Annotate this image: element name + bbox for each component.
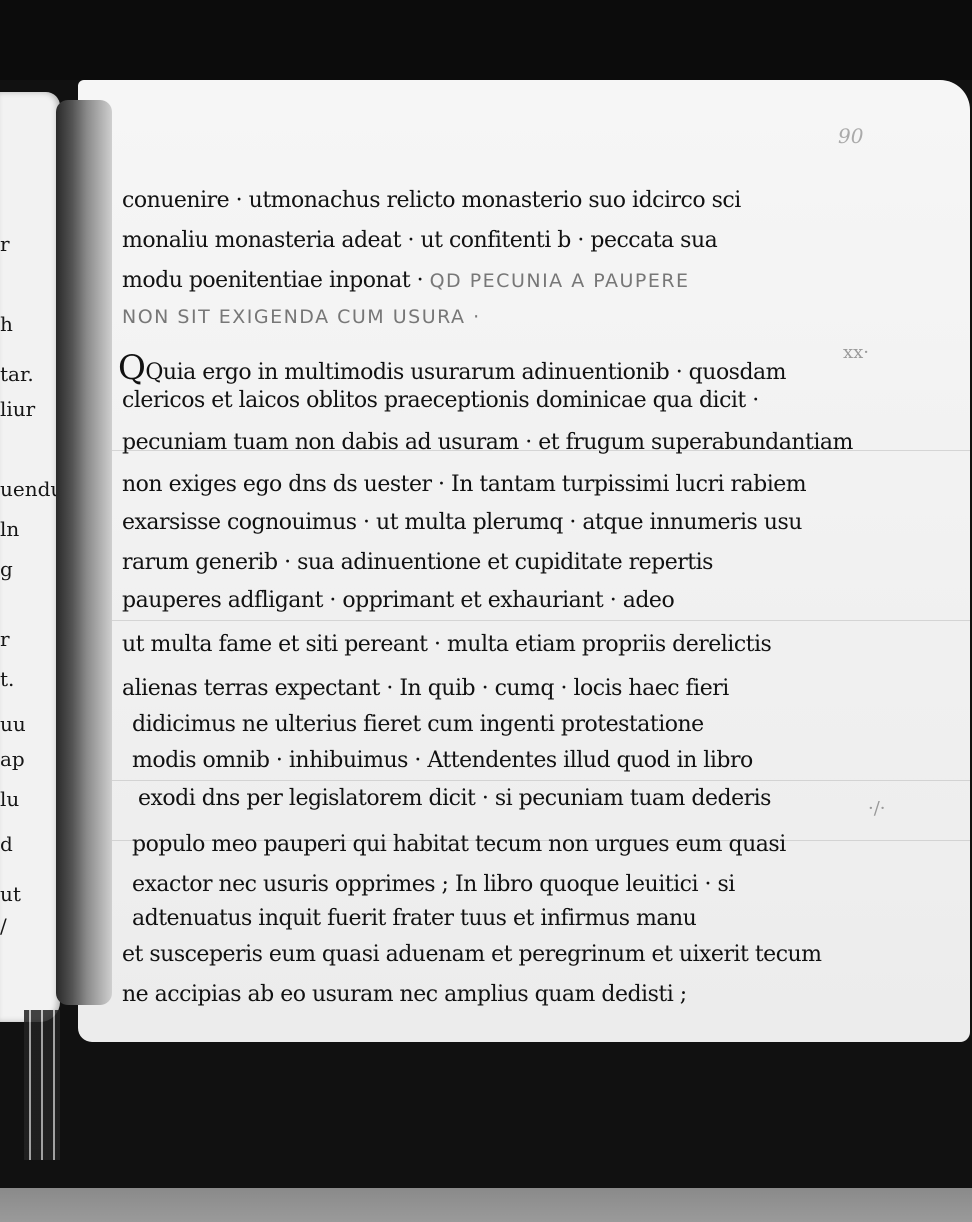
left-page-text: uu — [0, 712, 26, 736]
text-line: clericos et laicos oblitos praeceptionis… — [122, 388, 759, 413]
left-page-text: tar. — [0, 362, 34, 386]
left-page-text: / — [0, 914, 7, 938]
text-line: modis omnib · inhibuimus · Attendentes i… — [132, 748, 753, 773]
text-line: exarsisse cognouimus · ut multa plerumq … — [122, 510, 802, 535]
left-page-text: h — [0, 312, 13, 336]
text-line: exactor nec usuris opprimes ; In libro q… — [132, 872, 735, 897]
rubric-heading: QD PECUNIA A PAUPERE — [430, 270, 690, 292]
left-page-text: r — [0, 232, 10, 256]
text-line-content: Quia ergo in multimodis usurarum adinuen… — [145, 360, 786, 385]
text-line: monaliu monasteria adeat · ut confitenti… — [122, 228, 717, 253]
text-line: modu poenitentiae inponat · QD PECUNIA A… — [122, 268, 690, 293]
text-line: alienas terras expectant · In quib · cum… — [122, 676, 729, 701]
text-line: adtenuatus inquit fuerit frater tuus et … — [132, 906, 696, 931]
left-page-text: lu — [0, 787, 19, 811]
text-line: rarum generib · sua adinuentione et cupi… — [122, 550, 713, 575]
left-page-fragment: r h tar. liur uendu ln g r t. uu ap lu d… — [0, 92, 60, 1022]
bookmark-ribbon — [24, 1010, 60, 1160]
left-page-text: liur — [0, 397, 35, 421]
rubric-heading-continued: NON SIT EXIGENDA CUM USURA · — [122, 306, 481, 328]
left-page-text: uendu — [0, 477, 63, 501]
text-line: non exiges ego dns ds uester · In tantam… — [122, 472, 806, 497]
scan-bottom-strip — [0, 1188, 972, 1222]
text-line: ne accipias ab eo usuram nec amplius qua… — [122, 982, 687, 1007]
left-page-text: ut — [0, 882, 21, 906]
left-page-text: t. — [0, 667, 14, 691]
text-line: didicimus ne ulterius fieret cum ingenti… — [132, 712, 704, 737]
ruling-line — [78, 780, 970, 781]
initial-letter: Q — [118, 348, 145, 388]
left-page-text: r — [0, 627, 10, 651]
margin-numeral: xx· — [843, 342, 869, 363]
margin-mark: ·/· — [868, 798, 886, 819]
left-page-text: g — [0, 557, 13, 581]
text-line-with-initial: QQuia ergo in multimodis usurarum adinue… — [118, 348, 786, 388]
left-page-text: d — [0, 832, 13, 856]
text-line: et susceperis eum quasi aduenam et pereg… — [122, 942, 822, 967]
manuscript-page: 90 xx· ·/· conuenire · utmonachus relict… — [78, 80, 970, 1042]
text-line: exodi dns per legislatorem dicit · si pe… — [138, 786, 771, 811]
text-line: pecuniam tuam non dabis ad usuram · et f… — [122, 430, 853, 455]
left-page-text: ln — [0, 517, 19, 541]
left-page-text: ap — [0, 747, 25, 771]
binding-gutter-shadow — [56, 100, 112, 1005]
scan-background-top — [0, 0, 972, 80]
text-line: ut multa fame et siti pereant · multa et… — [122, 632, 771, 657]
text-line-content: modu poenitentiae inponat · — [122, 268, 423, 293]
text-line: conuenire · utmonachus relicto monasteri… — [122, 188, 741, 213]
text-line: populo meo pauperi qui habitat tecum non… — [132, 832, 786, 857]
folio-number: 90 — [838, 124, 863, 148]
ruling-line — [78, 620, 970, 621]
text-line: pauperes adfligant · opprimant et exhaur… — [122, 588, 674, 613]
